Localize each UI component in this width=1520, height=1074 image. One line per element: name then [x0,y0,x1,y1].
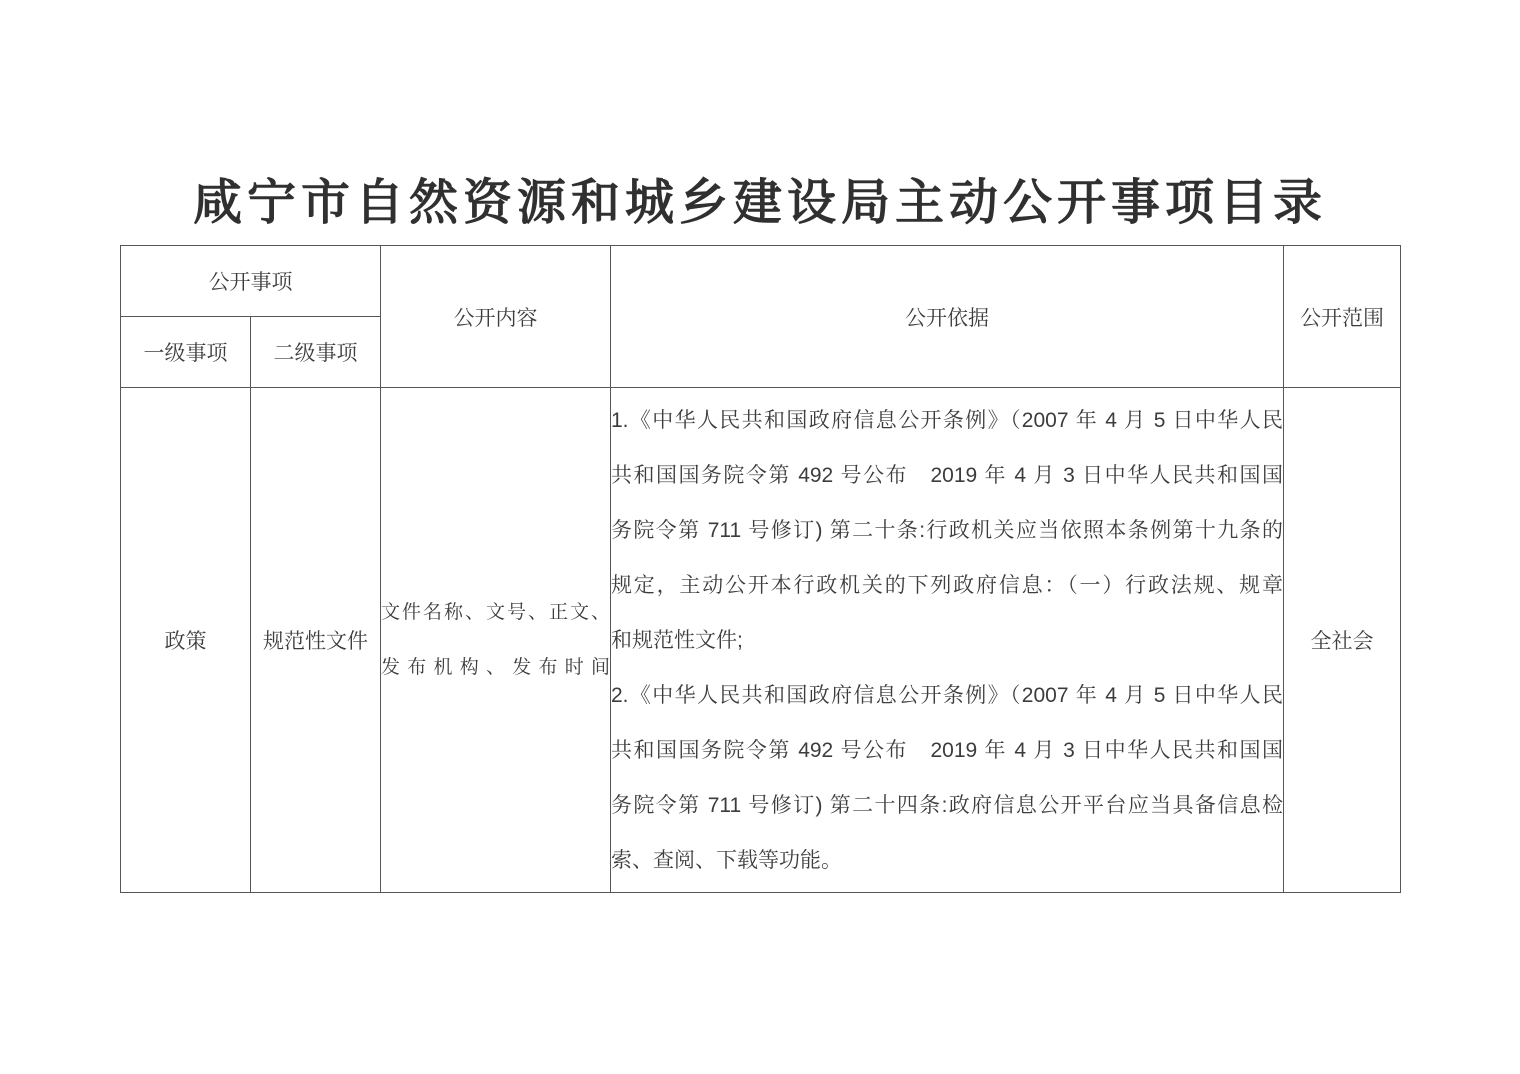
basis-line: 共和国国务院令第 492 号公布 2019 年 4 月 3 日中华人民共和国国 [611,723,1283,778]
cell-disclosure-content: 文件名称、文号、正文、 发布机构、发布时间 [381,388,611,893]
header-level2-item: 二级事项 [251,317,381,388]
cell-level1-item: 政策 [121,388,251,893]
disclosure-catalog-table: 公开事项 公开内容 公开依据 公开范围 一级事项 二级事项 政策 规范性文件 文… [120,245,1401,893]
content-line: 文件名称、文号、正文、 [381,585,610,640]
header-disclosure-basis: 公开依据 [611,246,1284,388]
basis-line: 务院令第 711 号修订) 第二十条:行政机关应当依照本条例第十九条的 [611,503,1283,558]
table-header-row-1: 公开事项 公开内容 公开依据 公开范围 [121,246,1401,317]
basis-line: 和规范性文件; [611,613,1283,668]
table-row: 政策 规范性文件 文件名称、文号、正文、 发布机构、发布时间 1.《中华人民共和… [121,388,1401,893]
header-disclosure-items: 公开事项 [121,246,381,317]
header-disclosure-scope: 公开范围 [1284,246,1401,388]
header-level1-item: 一级事项 [121,317,251,388]
basis-line: 1.《中华人民共和国政府信息公开条例》（2007 年 4 月 5 日中华人民 [611,393,1283,448]
basis-line: 共和国国务院令第 492 号公布 2019 年 4 月 3 日中华人民共和国国 [611,448,1283,503]
basis-line: 索、查阅、下载等功能。 [611,833,1283,888]
page-title: 咸宁市自然资源和城乡建设局主动公开事项目录 [0,174,1520,232]
header-disclosure-content: 公开内容 [381,246,611,388]
content-line: 发布机构、发布时间 [381,640,610,695]
cell-disclosure-basis: 1.《中华人民共和国政府信息公开条例》（2007 年 4 月 5 日中华人民 共… [611,388,1284,893]
cell-disclosure-scope: 全社会 [1284,388,1401,893]
document-page: 咸宁市自然资源和城乡建设局主动公开事项目录 公开事项 公开内容 公开依据 公开范… [0,0,1520,1074]
basis-line: 务院令第 711 号修订) 第二十四条:政府信息公开平台应当具备信息检 [611,778,1283,833]
basis-line: 2.《中华人民共和国政府信息公开条例》（2007 年 4 月 5 日中华人民 [611,668,1283,723]
basis-line: 规定，主动公开本行政机关的下列政府信息：（一）行政法规、规章 [611,558,1283,613]
cell-level2-item: 规范性文件 [251,388,381,893]
